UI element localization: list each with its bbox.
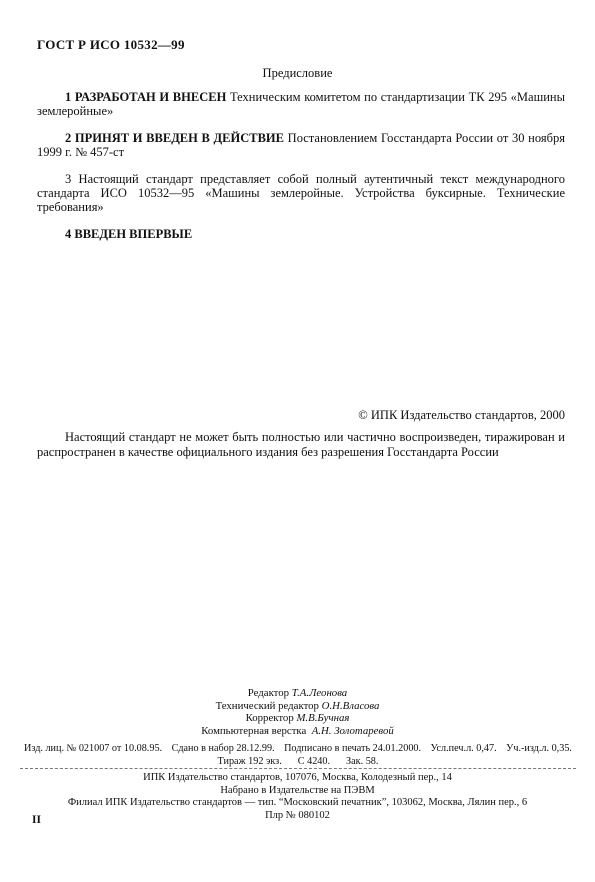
document-page: ГОСТ Р ИСО 10532—99 Предисловие 1 РАЗРАБ… (0, 0, 595, 882)
page-number: II (32, 814, 41, 826)
preface-paragraph-4: 4 ВВЕДЕН ВПЕРВЫЕ (37, 227, 565, 241)
credit-role: Компьютерная верстка (201, 725, 306, 737)
copyright-notice: © ИПК Издательство стандартов, 2000 (358, 408, 565, 423)
credit-line-editor: Редактор Т.А.Леонова (0, 687, 595, 700)
imprint-license: Изд. лиц. № 021007 от 10.08.95. (24, 743, 162, 756)
publisher-plr-number: Плр № 080102 (0, 810, 595, 823)
restriction-notice: Настоящий стандарт не может быть полност… (37, 430, 565, 459)
credit-line-layout: Компьютерная верстка А.Н. Золотаревой (0, 725, 595, 738)
credit-name: А.Н. Золотаревой (312, 725, 394, 737)
credit-role: Технический редактор (216, 700, 319, 712)
credit-name: М.В.Бучная (296, 712, 349, 724)
imprint-order-number: Зак. 58. (346, 756, 378, 769)
credits-block: Редактор Т.А.Леонова Технический редакто… (0, 687, 595, 737)
credit-line-corrector: Корректор М.В.Бучная (0, 712, 595, 725)
credit-role: Редактор (248, 687, 289, 699)
preface-paragraphs: 1 РАЗРАБОТАН И ВНЕСЕН Техническим комите… (37, 90, 565, 254)
publisher-block: ИПК Издательство стандартов, 107076, Мос… (0, 772, 595, 822)
publisher-branch-address: Филиал ИПК Издательство стандартов — тип… (0, 797, 595, 810)
imprint-block: Изд. лиц. № 021007 от 10.08.95. Сдано в … (24, 743, 572, 768)
divider-line (20, 768, 576, 769)
paragraph-4-heading: 4 ВВЕДЕН ВПЕРВЫЕ (65, 227, 192, 241)
credit-role: Корректор (246, 712, 294, 724)
publisher-address: ИПК Издательство стандартов, 107076, Мос… (0, 772, 595, 785)
preface-paragraph-3: 3 Настоящий стандарт представляет собой … (37, 172, 565, 214)
imprint-circulation: Тираж 192 экз. (218, 756, 282, 769)
preface-paragraph-2: 2 ПРИНЯТ И ВВЕДЕН В ДЕЙСТВИЕ Постановлен… (37, 131, 565, 159)
imprint-c-number: С 4240. (298, 756, 330, 769)
publisher-typeset-note: Набрано в Издательстве на ПЭВМ (0, 785, 595, 798)
paragraph-2-heading: 2 ПРИНЯТ И ВВЕДЕН В ДЕЙСТВИЕ (65, 131, 284, 145)
paragraph-3-text: 3 Настоящий стандарт представляет собой … (37, 172, 565, 214)
credit-name: Т.А.Леонова (292, 687, 347, 699)
imprint-print-date: Подписано в печать 24.01.2000. (284, 743, 421, 756)
imprint-line-2: Тираж 192 экз. С 4240. Зак. 58. (24, 756, 572, 769)
standard-designation: ГОСТ Р ИСО 10532—99 (37, 37, 185, 53)
imprint-typeset-date: Сдано в набор 28.12.99. (172, 743, 275, 756)
credit-line-technical-editor: Технический редактор О.Н.Власова (0, 700, 595, 713)
credit-name: О.Н.Власова (322, 700, 380, 712)
paragraph-1-heading: 1 РАЗРАБОТАН И ВНЕСЕН (65, 90, 226, 104)
page-title: Предисловие (0, 66, 595, 81)
preface-paragraph-1: 1 РАЗРАБОТАН И ВНЕСЕН Техническим комите… (37, 90, 565, 118)
imprint-line-1: Изд. лиц. № 021007 от 10.08.95. Сдано в … (24, 743, 572, 756)
imprint-printed-sheets: Усл.печ.л. 0,47. (431, 743, 497, 756)
imprint-publisher-sheets: Уч.-изд.л. 0,35. (506, 743, 572, 756)
